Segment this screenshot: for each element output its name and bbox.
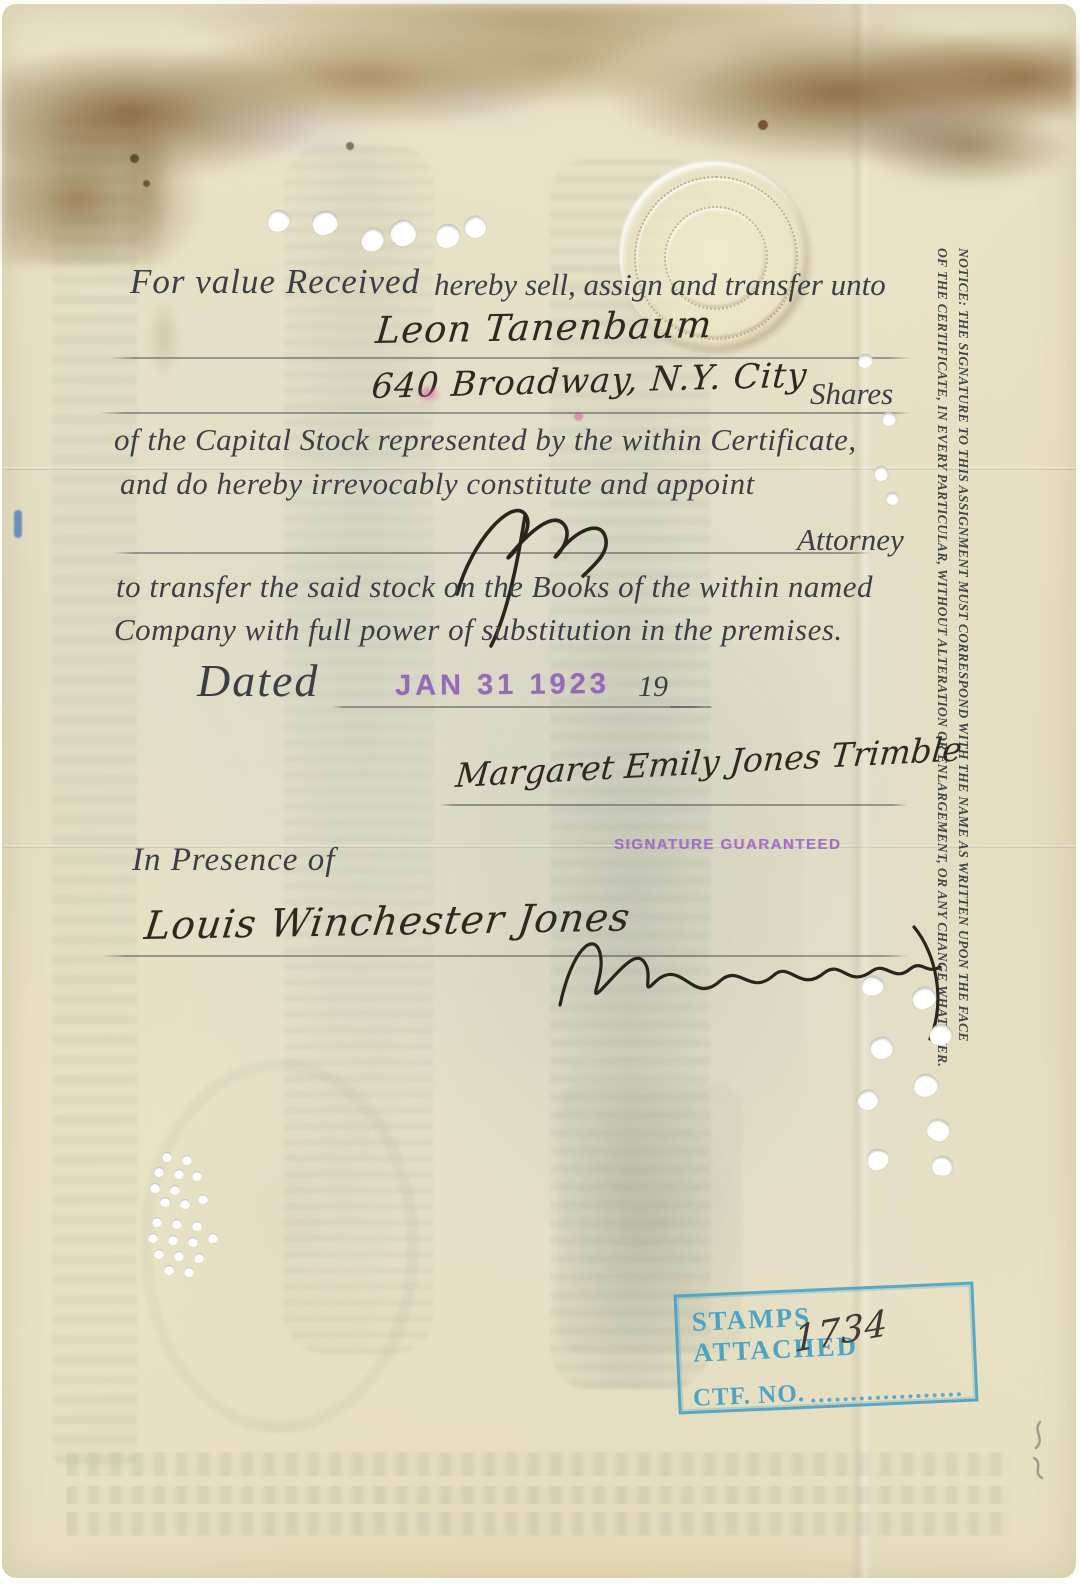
- perforation-dot: [198, 1194, 208, 1204]
- perforation-dot: [160, 1197, 170, 1207]
- notice-vertical-text: NOTICE: THE SIGNATURE TO THIS ASSIGNMENT…: [932, 248, 974, 1076]
- notice-line-2: OF THE CERTIFICATE, IN EVERY PARTICULAR,…: [932, 248, 953, 1076]
- form-line-substitution: Company with full power of substitution …: [114, 612, 843, 648]
- guarantor-signature-scrawl: [542, 909, 972, 1049]
- year-blank-line: [670, 706, 712, 708]
- date-stamp-purple: JAN 31 1923: [395, 668, 610, 703]
- stain-speck-1: [130, 154, 139, 163]
- perforation-dot: [150, 1183, 160, 1193]
- pencil-mark: [1018, 1412, 1058, 1492]
- blue-edge-mark: [14, 510, 22, 538]
- perforation-dot: [154, 1167, 164, 1177]
- paper-sheet: For value Received hereby sell, assign a…: [2, 4, 1076, 1578]
- attorney-label: Attorney: [797, 522, 904, 558]
- blank-line-2: [100, 412, 912, 414]
- perforation-dot: [152, 1217, 162, 1227]
- stain-drip-left: [98, 124, 218, 454]
- stain-speck-3: [346, 142, 354, 150]
- seller-signature-line: [439, 804, 907, 806]
- perforation-dot: [162, 1152, 172, 1162]
- perforation-dot: [148, 1233, 158, 1243]
- dated-blank-line: [332, 706, 704, 708]
- form-line-transfer: to transfer the said stock on the Books …: [116, 569, 873, 605]
- form-line1-right: hereby sell, assign and transfer unto: [434, 267, 886, 303]
- dated-label: Dated: [197, 654, 319, 707]
- perforation-dot: [194, 1253, 204, 1263]
- notice-line-1: NOTICE: THE SIGNATURE TO THIS ASSIGNMENT…: [953, 248, 974, 1076]
- perforation-dot: [174, 1169, 184, 1179]
- perforation-dot: [188, 1237, 198, 1247]
- ghost-oval-vignette: [140, 1059, 419, 1433]
- perforation-dot: [154, 1249, 164, 1259]
- punch-hole: [929, 1153, 956, 1179]
- perforation-dot: [170, 1185, 180, 1195]
- punch-hole: [925, 1117, 953, 1144]
- seller-signature-handwritten: Margaret Emily Jones Trimble: [454, 729, 964, 795]
- punch-hole: [913, 1072, 940, 1098]
- perforation-dot: [192, 1221, 202, 1231]
- pink-ink-dot: [574, 412, 583, 421]
- stain-speck-2: [143, 180, 150, 187]
- perforation-dot: [174, 1251, 184, 1261]
- perforation-dot: [184, 1267, 194, 1277]
- assignee-name-handwritten: Leon Tanenbaum: [374, 303, 714, 352]
- scanned-stock-certificate-back: For value Received hereby sell, assign a…: [0, 0, 1080, 1584]
- punch-hole: [874, 466, 888, 481]
- perforation-dot: [172, 1219, 182, 1229]
- ctf-no-dotted-line: [811, 1388, 961, 1403]
- punch-hole: [886, 492, 899, 505]
- perforation-dot: [182, 1155, 192, 1165]
- shares-label: Shares: [810, 376, 893, 412]
- perforation-dot: [208, 1233, 218, 1243]
- perforation-dot: [164, 1265, 174, 1275]
- year-prefix: 19: [638, 670, 668, 704]
- punch-hole: [882, 412, 896, 426]
- perforation-dot: [168, 1235, 178, 1245]
- stain-speck-4: [758, 120, 768, 130]
- pink-ink-smudge: [416, 384, 442, 404]
- in-presence-label: In Presence of: [132, 842, 335, 879]
- form-line-capital-stock: of the Capital Stock represented by the …: [114, 422, 857, 458]
- ctf-no-label: CTF. NO.: [692, 1380, 805, 1413]
- perforation-dot: [192, 1171, 202, 1181]
- perforation-dot: [180, 1199, 190, 1209]
- signature-guaranteed-stamp: SIGNATURE GUARANTEED: [614, 836, 841, 853]
